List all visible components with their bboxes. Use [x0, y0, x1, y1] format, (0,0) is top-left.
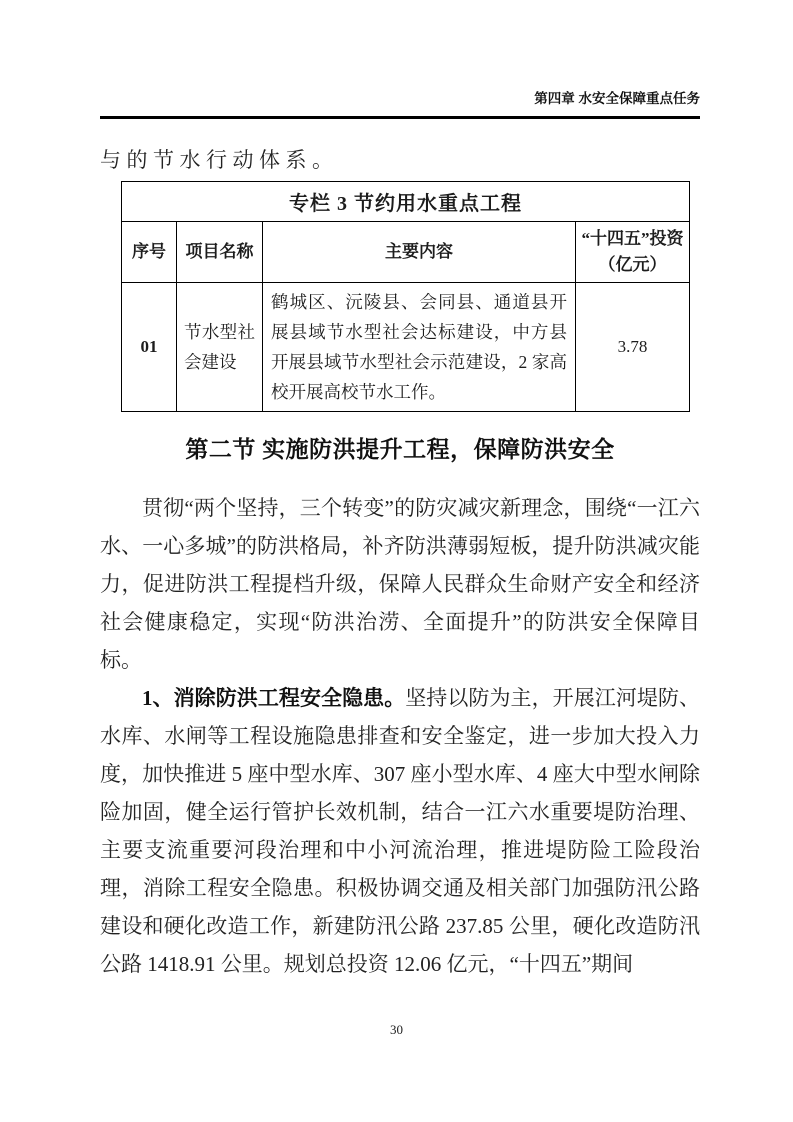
- investment-cell: 3.78: [576, 283, 690, 412]
- table-header-row: 序号 项目名称 主要内容 “十四五”投资（亿元）: [122, 222, 690, 283]
- paragraph-1: 贯彻“两个坚持，三个转变”的防灾减灾新理念，围绕“一江六水、一心多城”的防洪格局…: [100, 489, 700, 679]
- page-number: 30: [390, 1022, 403, 1037]
- table-row: 01 节水型社会建设 鹤城区、沅陵县、会同县、通道县开展县域节水型社会达标建设，…: [122, 283, 690, 412]
- chapter-running-head: 第四章 水安全保障重点任务: [100, 90, 700, 108]
- column-header-serial: 序号: [122, 222, 177, 283]
- table-title: 专栏 3 节约用水重点工程: [122, 182, 690, 222]
- serial-cell: 01: [122, 283, 177, 412]
- paragraph-2-lead: 1、消除防洪工程安全隐患。: [142, 686, 405, 710]
- paragraph-2: 1、消除防洪工程安全隐患。坚持以防为主，开展江河堤防、水库、水闸等工程设施隐患排…: [100, 679, 700, 983]
- table-title-row: 专栏 3 节约用水重点工程: [122, 182, 690, 222]
- column-header-main-content: 主要内容: [263, 222, 576, 283]
- project-name-cell: 节水型社会建设: [177, 283, 263, 412]
- header-rule: [100, 116, 700, 119]
- paragraph-2-body: 坚持以防为主，开展江河堤防、水库、水闸等工程设施隐患排查和安全鉴定，进一步加大投…: [100, 686, 700, 976]
- intro-paragraph: 与的节水行动体系。: [100, 145, 700, 175]
- column-header-project-name: 项目名称: [177, 222, 263, 283]
- page-footer: 30: [0, 1022, 793, 1038]
- column-header-investment: “十四五”投资（亿元）: [576, 222, 690, 283]
- document-page: 第四章 水安全保障重点任务 与的节水行动体系。 专栏 3 节约用水重点工程 序号…: [0, 0, 793, 1122]
- project-table: 专栏 3 节约用水重点工程 序号 项目名称 主要内容 “十四五”投资（亿元） 0…: [121, 181, 690, 412]
- section-heading: 第二节 实施防洪提升工程，保障防洪安全: [100, 435, 700, 465]
- main-content-cell: 鹤城区、沅陵县、会同县、通道县开展县域节水型社会达标建设，中方县开展县域节水型社…: [263, 283, 576, 412]
